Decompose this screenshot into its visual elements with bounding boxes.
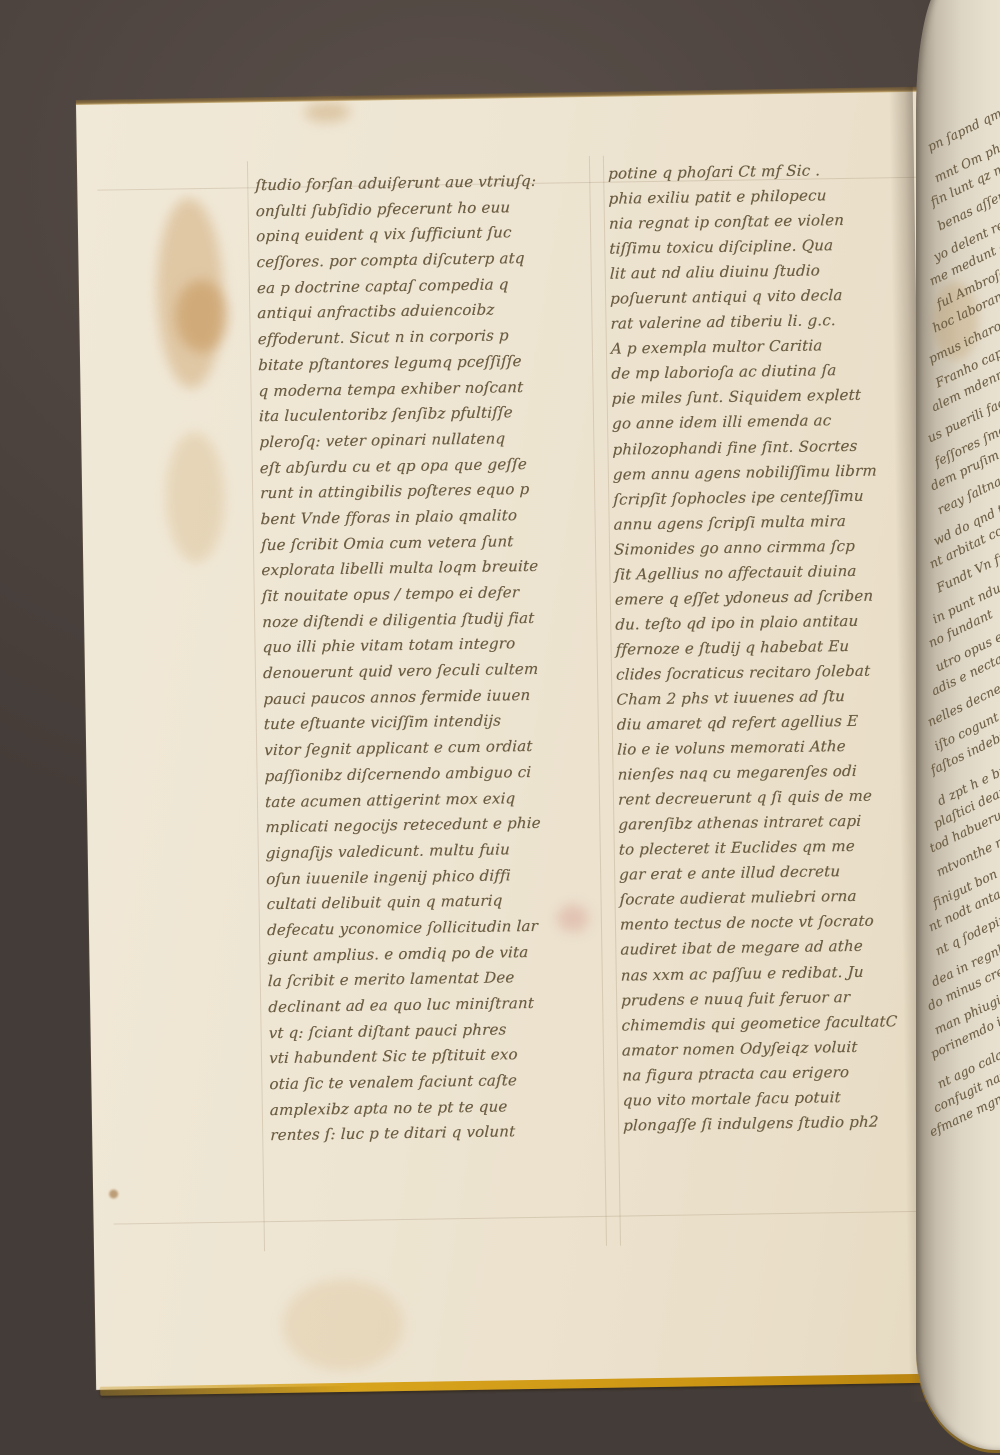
gilt-bottom-edge	[100, 1374, 941, 1396]
parchment-stain	[109, 1189, 118, 1198]
photo-backdrop: ſtudio forſan aduiſerunt aue vtriuſq:onſ…	[0, 0, 1000, 1455]
manuscript-left-page: ſtudio forſan aduiſerunt aue vtriuſq:onſ…	[76, 91, 945, 1390]
manuscript-line: rentes ſ: luc p te ditari q volunt	[270, 1118, 607, 1149]
parchment-stain	[175, 280, 228, 353]
ruling-line-horizontal	[114, 1211, 934, 1225]
manuscript-line: plongaſſe ſi indulgens ſtudio ph2	[623, 1108, 930, 1138]
parchment-stain	[165, 432, 225, 563]
parchment-stain	[283, 1279, 404, 1371]
text-column-right: potine q phoſari Ct mf Sic .phia exiliu …	[608, 157, 929, 1139]
parchment-stain	[304, 102, 350, 123]
manuscript-next-leaf-edge: pn ſapnd qmdmnt Om phrfin lunt qz n cabe…	[916, 0, 1000, 1450]
text-column-left: ſtudio forſan aduiſerunt aue vtriuſq:onſ…	[255, 168, 606, 1149]
leaf-top-edge	[76, 87, 925, 105]
